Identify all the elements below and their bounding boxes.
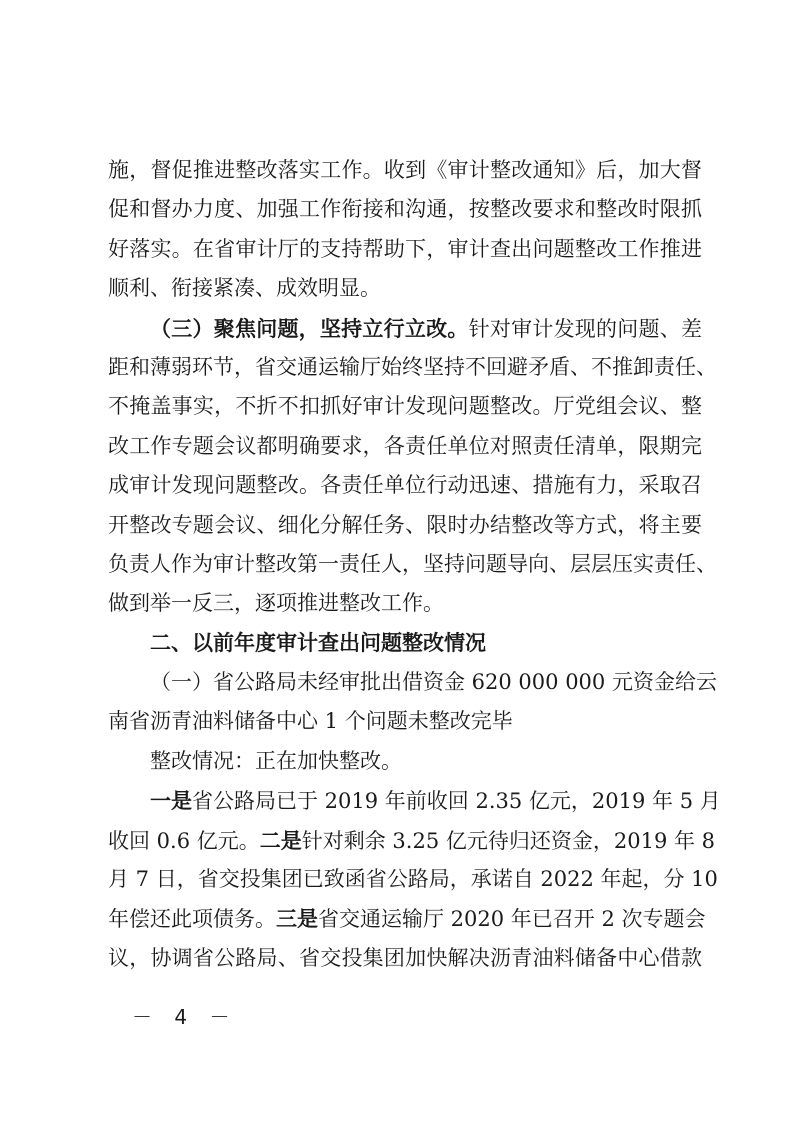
- ordinal-bold: 三是: [276, 906, 318, 931]
- text-line: 开整改专题会议、细化分解任务、限时办结整改等方式，将主要: [108, 506, 702, 545]
- text-line: 施，督促推进整改落实工作。收到《审计整改通知》后，加大督: [108, 151, 702, 190]
- text-line: 不掩盖事实，不折不扣抓好审计发现问题整改。厅党组会议、整: [108, 387, 702, 426]
- text-line: 成审计发现问题整改。各责任单位行动迅速、措施有力，采取召: [108, 466, 702, 505]
- text-line: 促和督办力度、加强工作衔接和沟通，按整改要求和整改时限抓: [108, 190, 702, 229]
- section-lead-bold: （三）聚焦问题，坚持立行立改。: [150, 316, 469, 341]
- text-line: 顺利、衔接紧凑、成效明显。: [108, 269, 702, 308]
- status-line: 整改情况：正在加快整改。: [108, 742, 702, 781]
- text-run: 省公路局已于 2019 年前收回 2.35 亿元，2019 年 5 月: [192, 789, 721, 813]
- text-line: 议，协调省公路局、省交投集团加快解决沥青油料储备中心借款: [108, 939, 702, 978]
- text-line: （三）聚焦问题，坚持立行立改。针对审计发现的问题、差: [108, 309, 702, 348]
- text-run: 针对审计发现的问题、差: [469, 317, 702, 341]
- subsection-title-line: （一）省公路局未经审批出借资金 620 000 000 元资金给云: [108, 663, 702, 702]
- document-page: 施，督促推进整改落实工作。收到《审计整改通知》后，加大督 促和督办力度、加强工作…: [0, 0, 800, 1131]
- page-number: － 4 －: [132, 1001, 237, 1030]
- text-line: 距和薄弱环节，省交通运输厅始终坚持不回避矛盾、不推卸责任、: [108, 348, 702, 387]
- text-line: 年偿还此项债务。三是省交通运输厅 2020 年已召开 2 次专题会: [108, 899, 702, 938]
- text-run: 针对剩余 3.25 亿元待归还资金，2019 年 8: [302, 829, 715, 853]
- text-line: 月 7 日，省交投集团已致函省公路局，承诺自 2022 年起，分 10: [108, 860, 702, 899]
- text-line: 一是省公路局已于 2019 年前收回 2.35 亿元，2019 年 5 月: [108, 781, 702, 820]
- ordinal-bold: 一是: [150, 788, 192, 813]
- text-run: 省交通运输厅 2020 年已召开 2 次专题会: [318, 907, 706, 931]
- section-heading: 二、以前年度审计查出问题整改情况: [108, 624, 702, 663]
- subsection-title-line: 南省沥青油料储备中心 1 个问题未整改完毕: [108, 702, 702, 741]
- text-line: 改工作专题会议都明确要求，各责任单位对照责任清单，限期完: [108, 427, 702, 466]
- text-line: 做到举一反三，逐项推进整改工作。: [108, 584, 702, 623]
- text-run: 年偿还此项债务。: [108, 907, 276, 931]
- text-run: 收回 0.6 亿元。: [108, 829, 260, 853]
- document-body: 施，督促推进整改落实工作。收到《审计整改通知》后，加大督 促和督办力度、加强工作…: [108, 151, 702, 978]
- text-line: 负责人作为审计整改第一责任人，坚持问题导向、层层压实责任、: [108, 545, 702, 584]
- text-line: 收回 0.6 亿元。二是针对剩余 3.25 亿元待归还资金，2019 年 8: [108, 821, 702, 860]
- ordinal-bold: 二是: [260, 828, 302, 853]
- text-line: 好落实。在省审计厅的支持帮助下，审计查出问题整改工作推进: [108, 230, 702, 269]
